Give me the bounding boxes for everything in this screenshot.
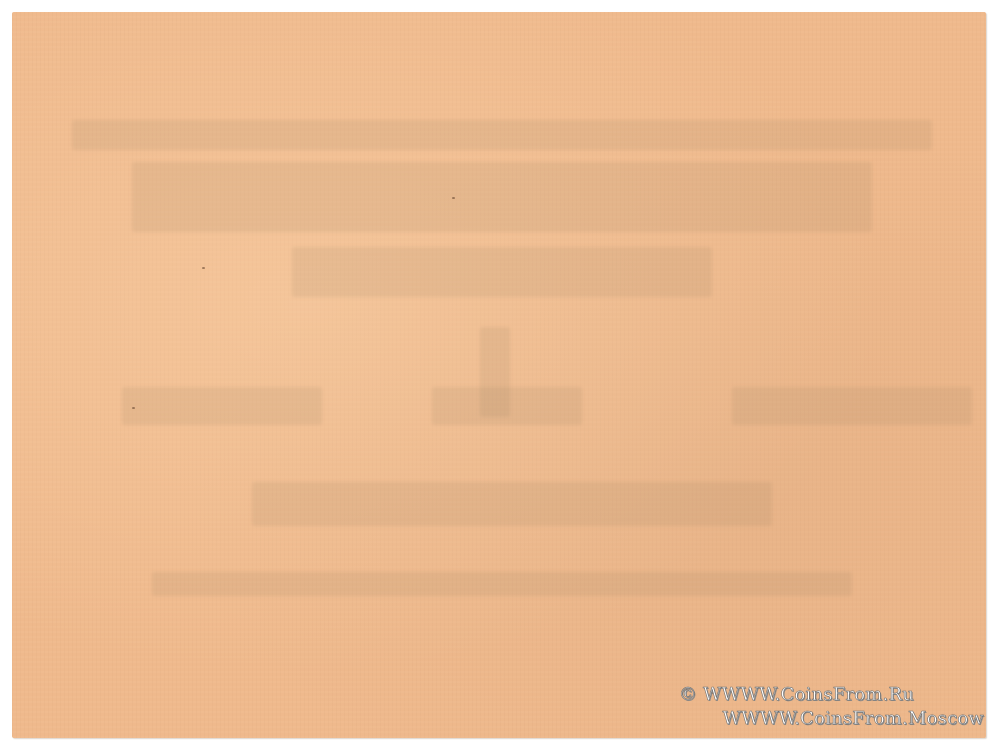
paper-speck (132, 407, 135, 409)
show-through-subtitle (292, 247, 712, 297)
show-through-bottom-text (252, 482, 772, 526)
show-through-series-left (122, 387, 322, 425)
paper-speck (202, 267, 205, 269)
show-through-series-mid (432, 387, 582, 425)
paper-speck (452, 197, 455, 199)
paper-note-reverse (12, 12, 986, 738)
show-through-series-right (732, 387, 972, 425)
watermark-line-2: WWWW.CoinsFrom.Moscow (722, 708, 984, 729)
show-through-signature (152, 572, 852, 596)
watermark-line-1: © WWWW.CoinsFrom.Ru (679, 684, 914, 705)
show-through-header-line (72, 120, 932, 150)
show-through-title (132, 162, 872, 232)
